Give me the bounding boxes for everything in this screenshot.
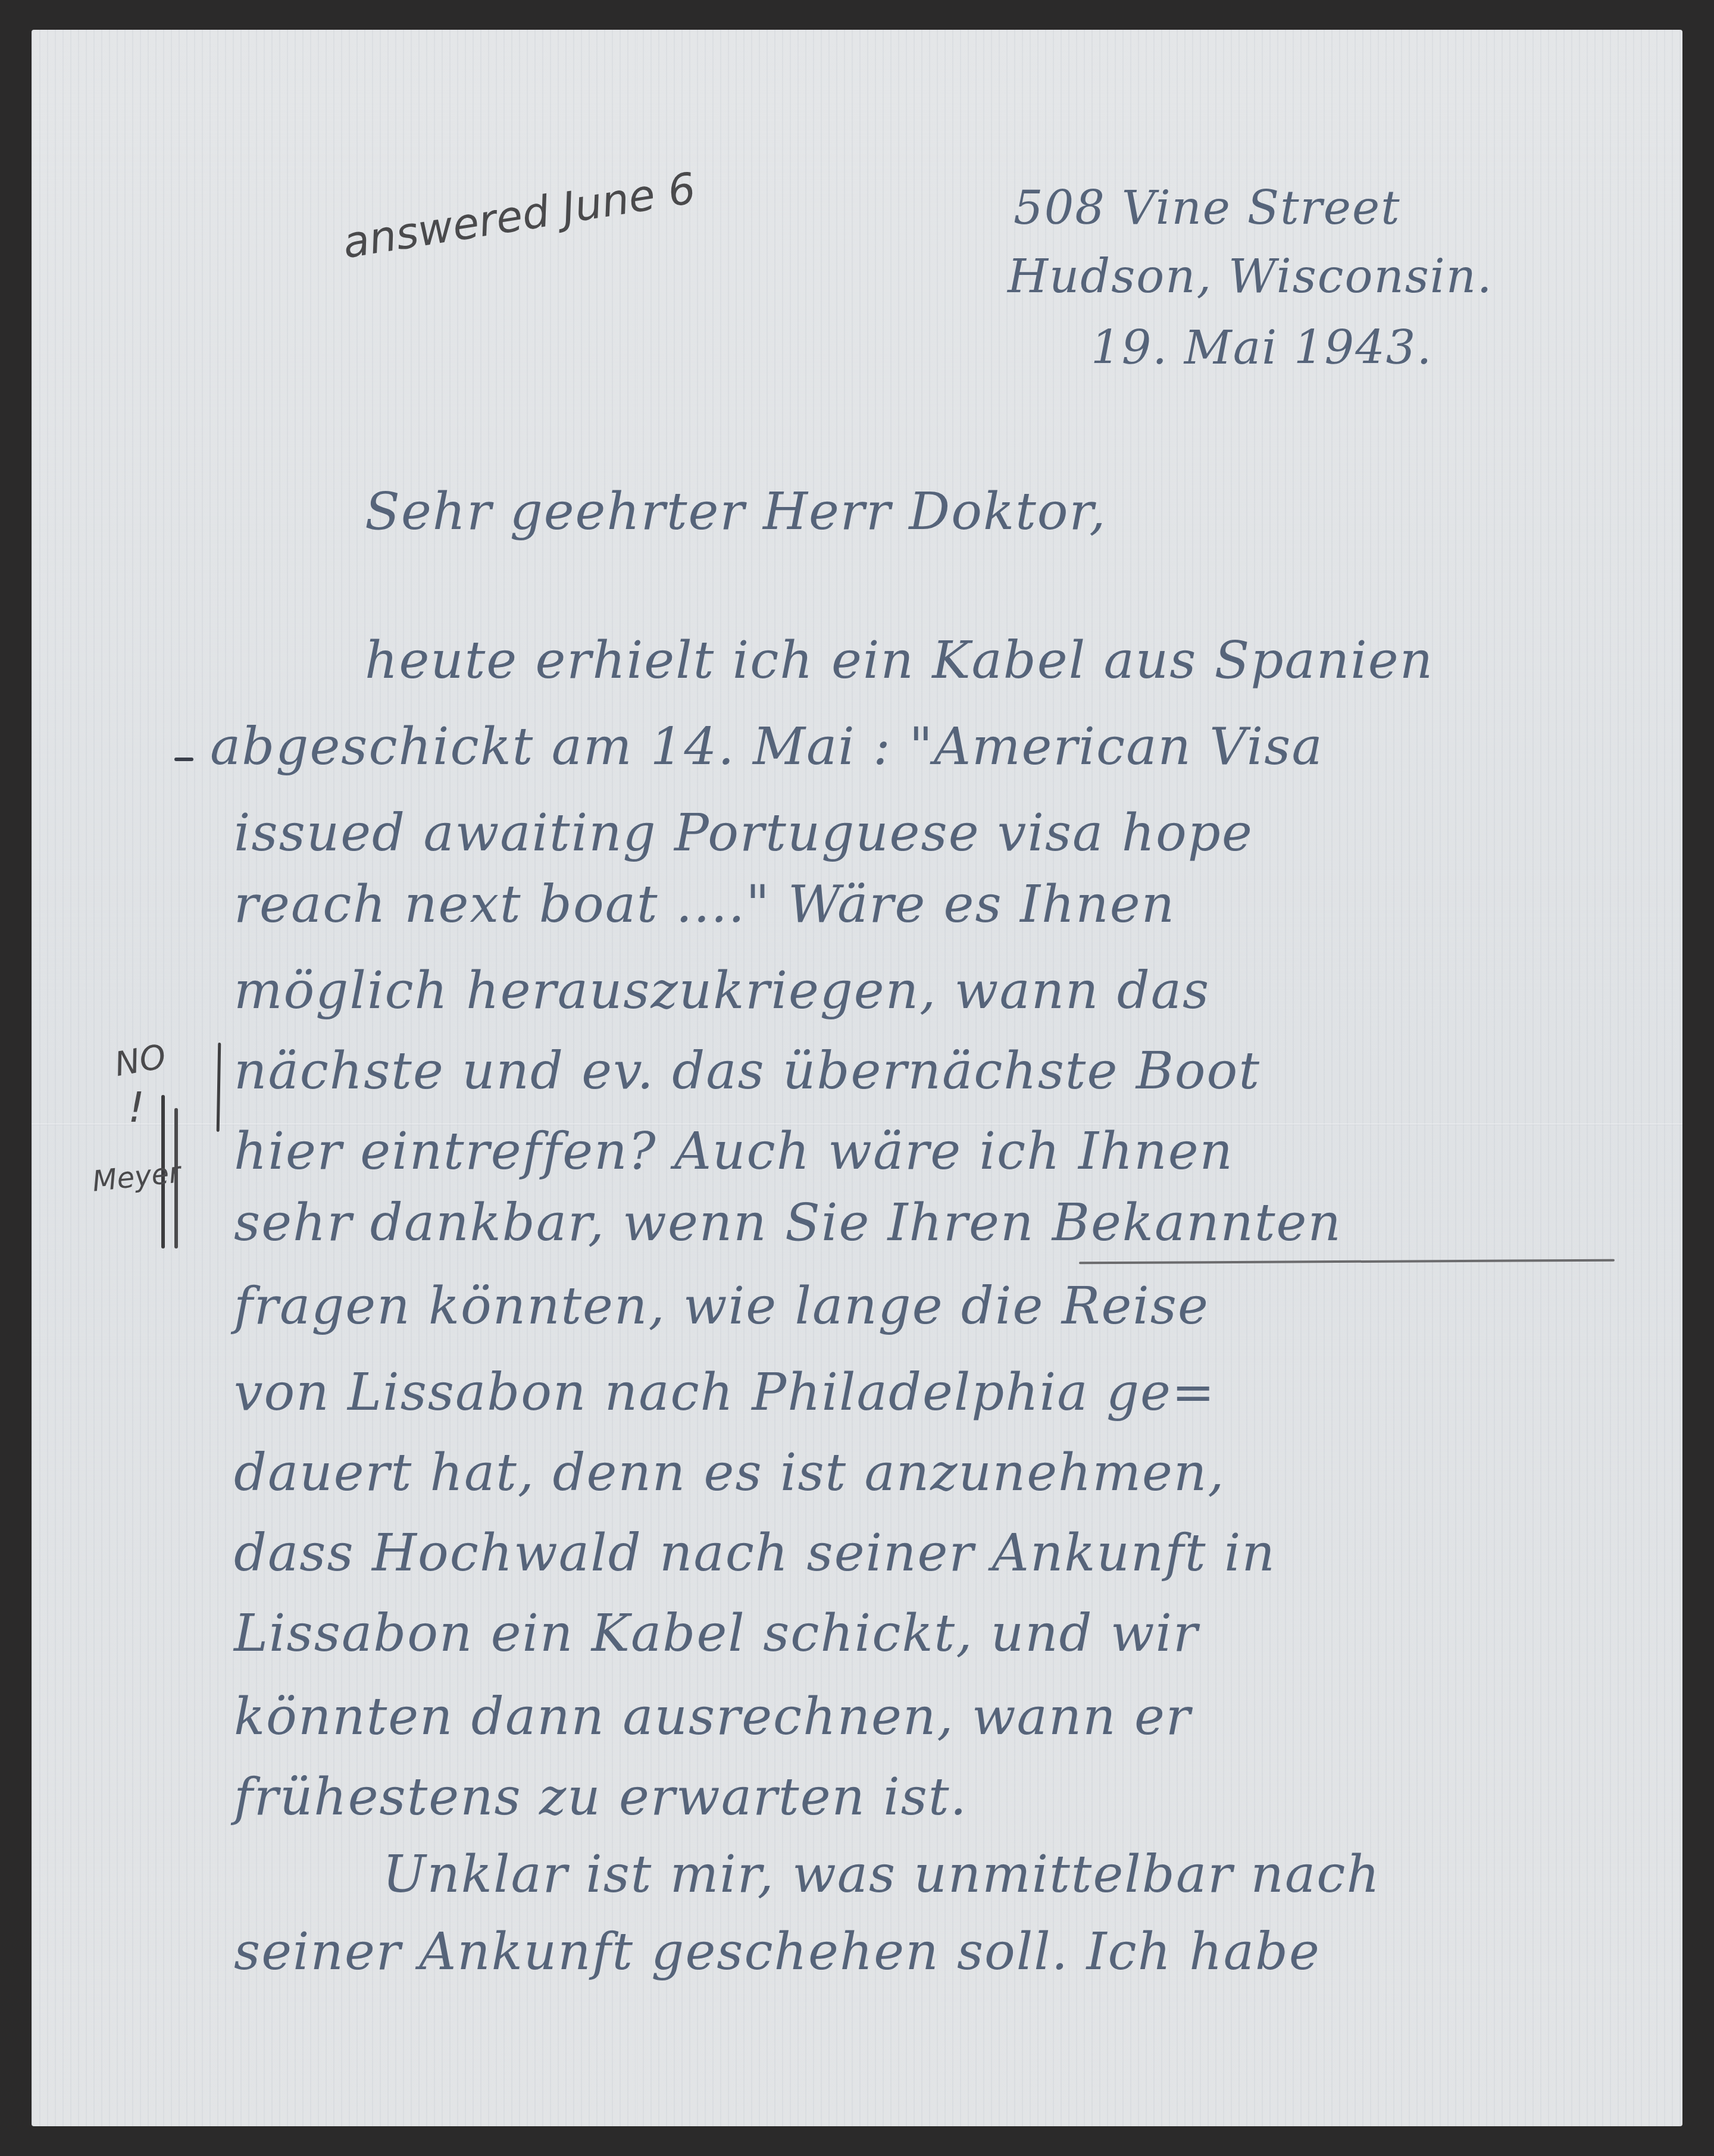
body-line: hier eintreffen? Auch wäre ich Ihnen xyxy=(234,1122,1234,1181)
address-street: 508 Vine Street xyxy=(1014,182,1401,235)
body-line: Lissabon ein Kabel schickt, und wir xyxy=(234,1604,1199,1663)
letter-page: answered June 6 508 Vine Street Hudson, … xyxy=(32,30,1682,2126)
body-line: heute erhielt ich ein Kabel aus Spanien xyxy=(365,631,1434,690)
body-line: seiner Ankunft geschehen soll. Ich habe xyxy=(234,1922,1321,1982)
pencil-underline xyxy=(1079,1259,1615,1265)
body-line: abgeschickt am 14. Mai : "American Visa xyxy=(210,717,1324,777)
body-line: möglich herauszukriegen, wann das xyxy=(234,961,1210,1021)
salutation: Sehr geehrter Herr Doktor, xyxy=(365,482,1107,542)
margin-exclamation-mark: ! xyxy=(128,1083,145,1132)
margin-vertical-mark xyxy=(217,1043,221,1132)
body-line: fragen könnten, wie lange die Reise xyxy=(234,1276,1209,1336)
body-line: von Lissabon nach Philadelphia ge= xyxy=(234,1363,1216,1422)
body-line: issued awaiting Portuguese visa hope xyxy=(234,803,1253,863)
body-line: reach next boat ...." Wäre es Ihnen xyxy=(234,875,1175,934)
body-line: Unklar ist mir, was unmittelbar nach xyxy=(383,1845,1381,1904)
body-line: sehr dankbar, wenn Sie Ihren Bekannten xyxy=(234,1193,1342,1253)
margin-name-annotation: Meyer xyxy=(90,1156,182,1198)
body-line: könnten dann ausrechnen, wann er xyxy=(234,1687,1191,1747)
dash-mark xyxy=(174,758,193,761)
address-city: Hudson, Wisconsin. xyxy=(1008,250,1493,303)
body-line: dass Hochwald nach seiner Ankunft in xyxy=(234,1523,1276,1583)
body-line: nächste und ev. das übernächste Boot xyxy=(234,1041,1261,1101)
answered-annotation: answered June 6 xyxy=(339,163,699,268)
letter-date: 19. Mai 1943. xyxy=(1091,321,1432,375)
body-line: dauert hat, denn es ist anzunehmen, xyxy=(234,1443,1225,1503)
body-line: frühestens zu erwarten ist. xyxy=(234,1767,968,1827)
margin-no-annotation: NO xyxy=(112,1037,169,1084)
